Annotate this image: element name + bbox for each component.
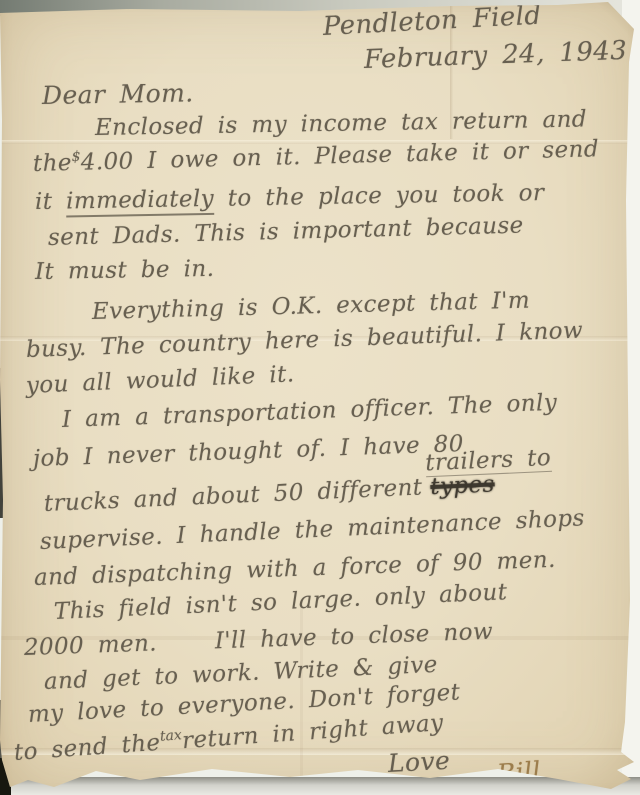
body-line: the$4.00 I owe on it. Please take it or … <box>33 136 600 177</box>
body-line: It must be in. <box>35 257 215 285</box>
tax-insertion-superscript: tax <box>159 727 182 744</box>
correction: typestrailers to <box>430 472 495 500</box>
body-line: you all would like it. <box>25 362 295 399</box>
underlined-word: immediately <box>66 186 214 218</box>
salutation-text: Dear Mom. <box>42 78 194 110</box>
body-line-with-correction: trucks and about 50 differenttypestraile… <box>43 472 495 517</box>
body-line: Enclosed is my income tax return and <box>95 107 587 141</box>
dollar-superscript: $ <box>71 149 80 165</box>
pen-pause-gap <box>157 648 215 650</box>
date-text: February 24, 1943 <box>363 36 627 75</box>
inserted-words: trailers to <box>425 446 552 478</box>
closing-line: Love <box>387 747 451 778</box>
salutation-line: Dear Mom. <box>42 79 194 109</box>
letter-paper: Pendleton Field February 24, 1943 Dear M… <box>0 0 640 795</box>
body-line: job I never thought of. I have 80 <box>33 432 465 472</box>
body-line: sent Dads. This is important because <box>48 214 524 252</box>
scan-bed-bottom <box>0 777 640 795</box>
letter-date: February 24, 1943 <box>364 37 628 75</box>
body-line: busy. The country here is beautiful. I k… <box>26 319 584 364</box>
body-line: Everything is O.K. except that I'm <box>92 289 531 326</box>
body-line: I am a transportation officer. The only <box>62 391 558 434</box>
closing-text: Love <box>387 746 451 778</box>
body-line: it immediately to the place you took or <box>35 181 545 215</box>
scanned-letter: Pendleton Field February 24, 1943 Dear M… <box>0 0 640 795</box>
